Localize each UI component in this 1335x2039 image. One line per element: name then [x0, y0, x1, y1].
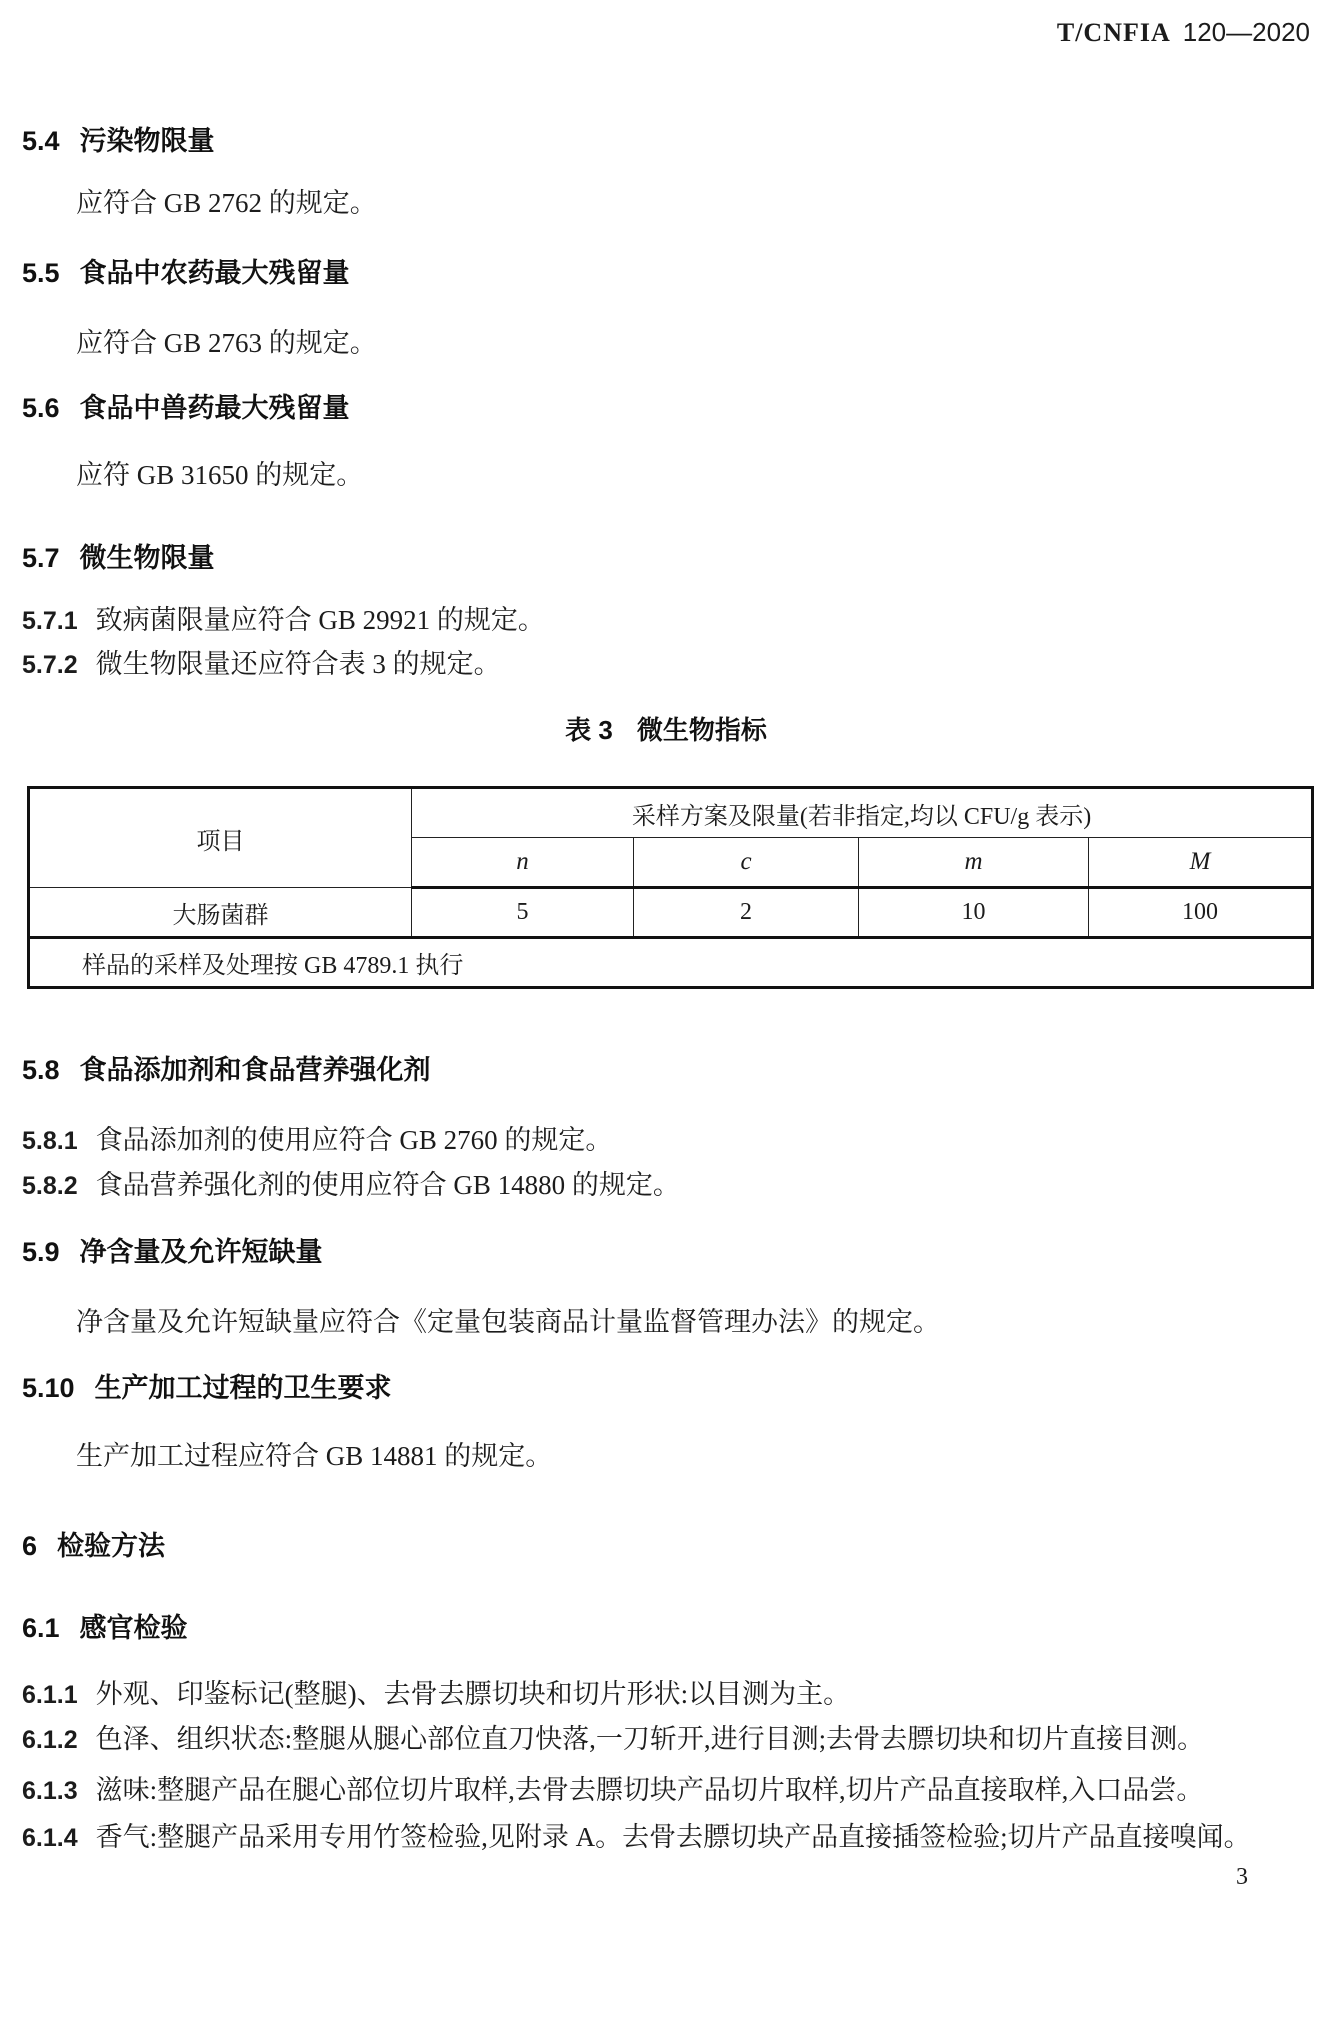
table-footnote: 样品的采样及处理按 GB 4789.1 执行 — [29, 938, 1313, 988]
heading-5-9: 5.9净含量及允许短缺量 — [22, 1236, 1310, 1268]
heading-number: 5.5 — [22, 258, 60, 288]
heading-number: 5.9 — [22, 1237, 60, 1267]
heading-6: 6检验方法 — [22, 1530, 1310, 1562]
heading-title: 污染物限量 — [80, 126, 215, 156]
clause-number: 6.1.1 — [22, 1681, 78, 1709]
table-subcol-M: M — [1089, 838, 1313, 888]
heading-number: 5.10 — [22, 1373, 75, 1403]
heading-5-4: 5.4污染物限量 — [22, 125, 1310, 157]
microbiology-table: 项目 采样方案及限量(若非指定,均以 CFU/g 表示) n c m M 大肠菌… — [27, 786, 1314, 989]
table-subcol-c: c — [634, 838, 859, 888]
clause-6-1-3: 6.1.3滋味:整腿产品在腿心部位切片取样,去骨去膘切块产品切片取样,切片产品直… — [22, 1767, 1310, 1814]
table-cell-c: 2 — [634, 888, 859, 938]
heading-5-8: 5.8食品添加剂和食品营养强化剂 — [22, 1054, 1310, 1086]
heading-6-1: 6.1感官检验 — [22, 1612, 1310, 1644]
clause-6-1-2: 6.1.2色泽、组织状态:整腿从腿心部位直刀快落,一刀斩开,进行目测;去骨去膘切… — [22, 1716, 1310, 1763]
clause-number: 5.8.2 — [22, 1172, 78, 1200]
paragraph-5-10: 生产加工过程应符合 GB 14881 的规定。 — [22, 1440, 1310, 1472]
clause-number: 6.1.2 — [22, 1726, 78, 1754]
heading-number: 6.1 — [22, 1613, 60, 1643]
clause-5-7-1: 5.7.1致病菌限量应符合 GB 29921 的规定。 — [22, 604, 1310, 637]
table-subcol-n: n — [412, 838, 634, 888]
page-number: 3 — [22, 1861, 1310, 1893]
standard-code-number: 120—2020 — [1183, 17, 1310, 47]
clause-text: 滋味:整腿产品在腿心部位切片取样,去骨去膘切块产品切片取样,切片产品直接取样,入… — [96, 1775, 1204, 1805]
heading-number: 5.6 — [22, 393, 60, 423]
table-caption-label: 表 3 — [565, 715, 613, 745]
standard-code-header: T/CNFIA120—2020 — [22, 16, 1310, 49]
clause-text: 食品添加剂的使用应符合 GB 2760 的规定。 — [96, 1125, 613, 1155]
clause-6-1-4: 6.1.4香气:整腿产品采用专用竹签检验,见附录 A。去骨去膘切块产品直接插签检… — [22, 1814, 1310, 1861]
clause-5-7-2: 5.7.2微生物限量还应符合表 3 的规定。 — [22, 648, 1310, 681]
heading-5-5: 5.5食品中农药最大残留量 — [22, 257, 1310, 289]
paragraph-5-9: 净含量及允许短缺量应符合《定量包装商品计量监督管理办法》的规定。 — [22, 1306, 1310, 1338]
clause-number: 5.7.2 — [22, 651, 78, 679]
clause-5-8-2: 5.8.2食品营养强化剂的使用应符合 GB 14880 的规定。 — [22, 1169, 1310, 1202]
heading-title: 食品添加剂和食品营养强化剂 — [80, 1055, 431, 1085]
table-header-group: 采样方案及限量(若非指定,均以 CFU/g 表示) — [412, 788, 1313, 838]
heading-5-6: 5.6食品中兽药最大残留量 — [22, 392, 1310, 424]
table-row: 大肠菌群 5 2 10 100 — [29, 888, 1313, 938]
document-page: T/CNFIA120—2020 5.4污染物限量 应符合 GB 2762 的规定… — [0, 0, 1335, 2039]
table-subcol-m: m — [859, 838, 1089, 888]
paragraph-5-5: 应符合 GB 2763 的规定。 — [22, 327, 1310, 359]
heading-title: 食品中兽药最大残留量 — [80, 393, 350, 423]
clause-text: 微生物限量还应符合表 3 的规定。 — [96, 649, 501, 679]
heading-number: 5.8 — [22, 1055, 60, 1085]
clause-text: 香气:整腿产品采用专用竹签检验,见附录 A。去骨去膘切块产品直接插签检验;切片产… — [96, 1822, 1251, 1852]
clause-6-1-1: 6.1.1外观、印鉴标记(整腿)、去骨去膘切块和切片形状:以目测为主。 — [22, 1678, 1310, 1711]
clause-number: 6.1.3 — [22, 1777, 78, 1805]
heading-5-7: 5.7微生物限量 — [22, 542, 1310, 574]
paragraph-5-4: 应符合 GB 2762 的规定。 — [22, 187, 1310, 219]
table-cell-M: 100 — [1089, 888, 1313, 938]
clause-number: 6.1.4 — [22, 1824, 78, 1852]
heading-number: 5.7 — [22, 543, 60, 573]
clause-number: 5.8.1 — [22, 1127, 78, 1155]
heading-title: 食品中农药最大残留量 — [80, 258, 350, 288]
heading-title: 生产加工过程的卫生要求 — [95, 1373, 392, 1403]
heading-title: 净含量及允许短缺量 — [80, 1237, 323, 1267]
table-footnote-row: 样品的采样及处理按 GB 4789.1 执行 — [29, 938, 1313, 988]
table-cell-item: 大肠菌群 — [29, 888, 412, 938]
table-header-item: 项目 — [29, 788, 412, 888]
clause-text: 食品营养强化剂的使用应符合 GB 14880 的规定。 — [96, 1170, 680, 1200]
table-3-caption: 表 3微生物指标 — [22, 714, 1310, 746]
table-cell-n: 5 — [412, 888, 634, 938]
paragraph-5-6: 应符 GB 31650 的规定。 — [22, 459, 1310, 491]
clause-5-8-1: 5.8.1食品添加剂的使用应符合 GB 2760 的规定。 — [22, 1124, 1310, 1157]
heading-title: 微生物限量 — [80, 543, 215, 573]
table-header-row-1: 项目 采样方案及限量(若非指定,均以 CFU/g 表示) — [29, 788, 1313, 838]
heading-5-10: 5.10生产加工过程的卫生要求 — [22, 1372, 1310, 1404]
heading-number: 5.4 — [22, 126, 60, 156]
heading-title: 感官检验 — [80, 1613, 188, 1643]
clause-number: 5.7.1 — [22, 607, 78, 635]
clause-text: 外观、印鉴标记(整腿)、去骨去膘切块和切片形状:以目测为主。 — [96, 1679, 850, 1709]
clause-text: 色泽、组织状态:整腿从腿心部位直刀快落,一刀斩开,进行目测;去骨去膘切块和切片直… — [96, 1724, 1205, 1754]
clause-text: 致病菌限量应符合 GB 29921 的规定。 — [96, 605, 545, 635]
heading-title: 检验方法 — [57, 1531, 165, 1561]
table-cell-m: 10 — [859, 888, 1089, 938]
heading-number: 6 — [22, 1531, 37, 1561]
standard-code-prefix: T/CNFIA — [1057, 18, 1171, 47]
table-caption-title: 微生物指标 — [637, 715, 767, 745]
